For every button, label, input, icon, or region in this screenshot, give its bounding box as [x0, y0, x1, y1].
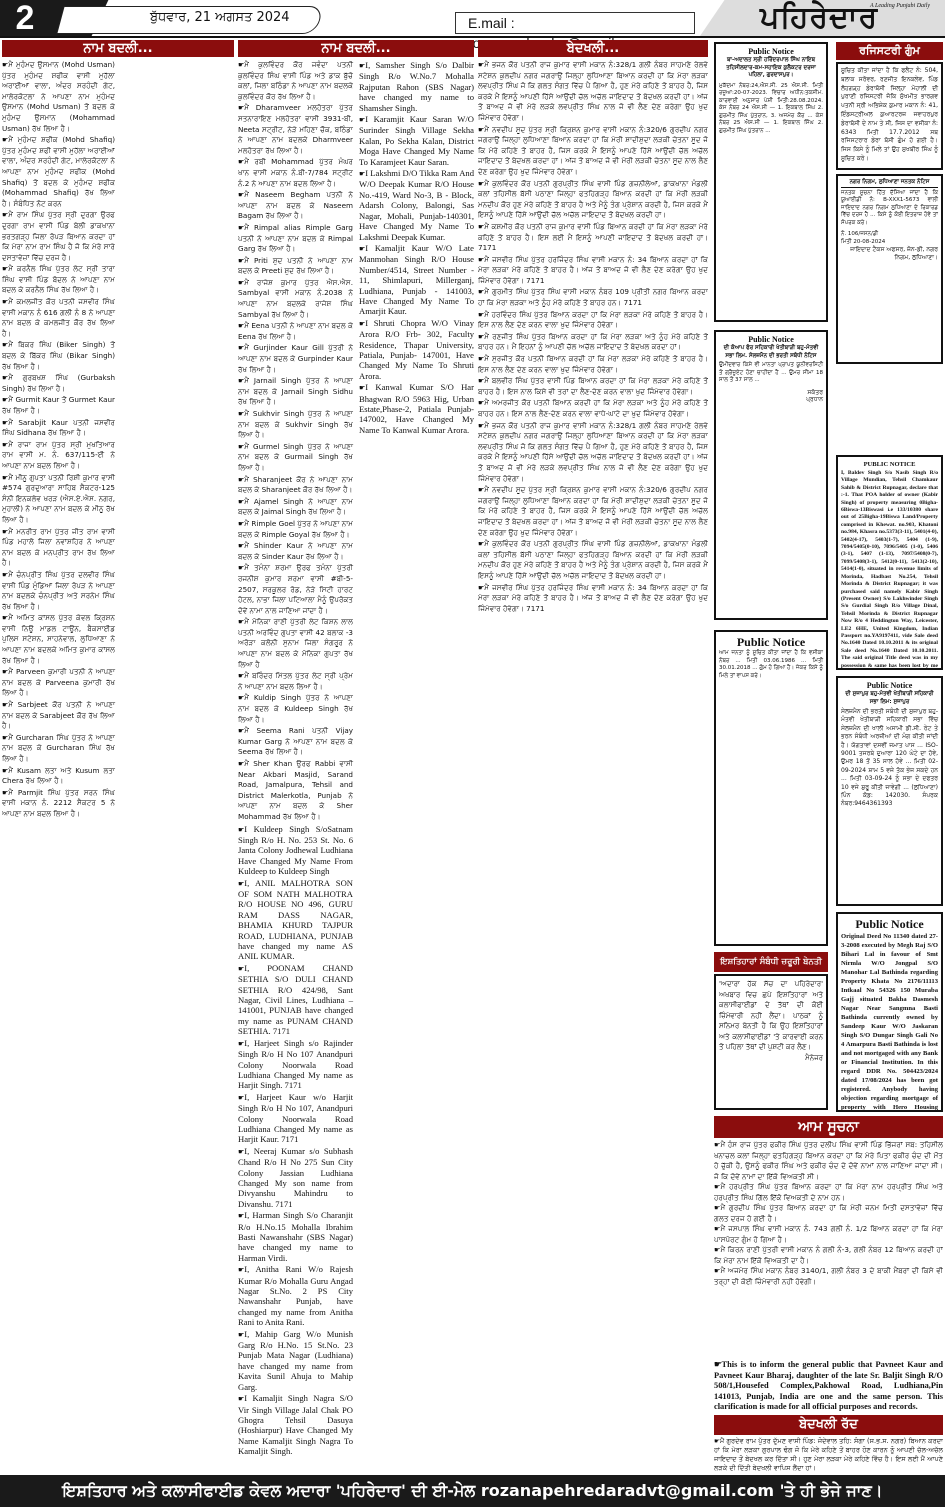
reference-number: ਨੰ. 106/ਜਸਨ/ਡੀ — [841, 231, 878, 239]
public-notice-salesman: Public Notice ਦੀ ਕੋਆਪ ਫੋਰ ਸਹਿਕਾਰੀ ਖੇਤੀਬਾ… — [714, 330, 828, 620]
list-item: ਮੈਂ ਭਜਨ ਕੌਰ ਪਤਨੀ ਰਾਜ ਕੁਮਾਰ ਵਾਸੀ ਮਕਾਨ ਨੰ:… — [478, 60, 708, 124]
registry-lost-heading: ਰਜਿਸਟਰੀ ਗੁੰਮ — [836, 42, 943, 60]
footer-banner: ਇਸ਼ਤਿਹਾਰ ਅਤੇ ਕਲਾਸੀਫਾਈਡ ਕੇਵਲ ਅਦਾਰਾ 'ਪਹਿਰੇ… — [0, 1475, 945, 1507]
municipal-notice: ਨਗਰ ਨਿਗਮ, ਲੁਧਿਆਣਾ ਜਨਤਕ ਨੋਟਿਸ ਜਨਤਕ ਸੂਚਨਾ … — [836, 174, 943, 364]
list-item: ਮੈਂ ਰਣਜੀਤ ਸਿੰਘ ਪੁੱਤਰ ਬਿਆਨ ਕਰਦਾ ਹਾਂ ਕਿ ਮੇ… — [478, 332, 708, 353]
list-item: ਮੈਂ ਅਮਰਜੀਤ ਕੌਰ ਪਤਨੀ ਬਿਆਨ ਕਰਦੀ ਹਾਂ ਕਿ ਮੇਰ… — [478, 398, 708, 419]
notice-body: ਸੇਲਜ਼ਮੈਨ ਦੀ ਭਰਤੀ ਸਬੰਧੀ ਦੀ ਸੁਜਾਪੁਰ ਬਹੁ-ਮੰ… — [841, 708, 938, 809]
list-item: ਮੈਂ Kuldip Singh ਪੁੱਤਰ ਨੇ ਆਪਣਾ ਨਾਮ ਬਦਲ ਕ… — [238, 693, 353, 725]
list-item: ਮੈਂ ਕਿਰਨ ਰਾਣੀ ਪੁੱਤਰੀ ਵਾਸੀ ਮਕਾਨ ਨੰ ਗਲੀ ਨੰ… — [714, 1245, 943, 1266]
notice-title: Public Notice — [719, 335, 823, 345]
list-item: ਮੈਂ ਗੁਰਦੀਪ ਸਿੰਘ ਪੁੱਤਰ ਬਿਆਨ ਕਰਦਾ ਹਾਂ ਕਿ ਮ… — [714, 1203, 943, 1224]
name-change-column-1: ਨਾਮ ਬਦਲੀ... ਮੈਂ ਮੁਹੰਮਦ ਉਸਮਾਨ (Mohd Usman… — [2, 40, 234, 1472]
list-item: ਮੈਂ ਜਸਵੀਰ ਸਿੰਘ ਪੁੱਤਰ ਹਰਜਿੰਦਰ ਸਿੰਘ ਵਾਸੀ ਮ… — [478, 583, 708, 615]
list-item: ਮੈਂ Parveen ਕੁਮਾਰੀ ਪਤਨੀ ਨੇ ਆਪਣਾ ਨਾਮ ਬਦਲ … — [2, 667, 115, 699]
notice-title: ਨਗਰ ਨਿਗਮ, ਲੁਧਿਆਣਾ ਜਨਤਕ ਨੋਟਿਸ — [841, 179, 938, 188]
notice-date: ਮਿਤੀ 20-08-2024 — [841, 239, 938, 247]
list-item-english: I, POONAM CHAND SETHIA S/O DULI CHAND SE… — [238, 963, 353, 1037]
notice-title: Public Notice — [841, 681, 938, 691]
list-item: ਮੈਂ ਅਜਮੇਰ ਸਿੰਘ ਮਕਾਨ ਨੰਬਰ 3140/1, ਗਲੀ ਨੰਬ… — [714, 1266, 943, 1287]
cancellation-body: ਮੈਂ ਗੁਰਦੇਵ ਰਾਮ ਪੁੱਤਰ ਦੁੱਮਣ ਵਾਸੀ ਪਿੰਡ: ਜੋ… — [714, 1437, 943, 1473]
public-notice-deed: Public Notice ਆਮ ਜਨਤਾ ਨੂੰ ਸੂਚਿਤ ਕੀਤਾ ਜਾਂ… — [714, 630, 828, 946]
list-item: ਮੈਂ Gurjinder Kaur Gill ਪੁੱਤਰੀ ਨੇ ਆਪਣਾ ਨ… — [238, 343, 353, 375]
notice-body: Original Deed No 11340 dated 27-3-2008 e… — [841, 932, 938, 1112]
list-item-english: I, Mahip Garg W/o Munish Garg R/o H.No. … — [238, 1329, 353, 1392]
list-item-english: I Lakshmi D/O Tikka Ram And W/O Deepak K… — [359, 168, 474, 242]
list-item: ਮੈਂ ਜਸਪਾਲ ਸਿੰਘ ਵਾਸੀ ਮਕਾਨ ਨੰ. 743 ਗਲੀ ਨੰ.… — [714, 1224, 943, 1245]
list-item: ਮੈਂ Rimpal alias Rimple Garg ਪਤਨੀ ਨੇ ਆਪਣ… — [238, 223, 353, 255]
list-item: ਮੈਂ ਭਜਨ ਕੌਰ ਪਤਨੀ ਰਾਜ ਕੁਮਾਰ ਵਾਸੀ ਮਕਾਨ ਨੰ:… — [478, 421, 708, 485]
list-item: ਮੈਂ Priti ਸ਼ੁਦ ਪਤਨੀ ਨੇ ਆਪਣਾ ਨਾਮ ਬਦਲ ਕੇ P… — [238, 256, 353, 277]
list-item-english: I Kuldeep Singh S/oSatnam Singh R/o H. N… — [238, 824, 353, 877]
list-item: ਮੈਂ ਹਰਵਿੰਦਰ ਸਿੰਘ ਪੁੱਤਰ ਬਿਆਨ ਕਰਦਾ ਹਾਂ ਕਿ … — [478, 310, 708, 331]
list-item-english: I, Neeraj Kumar s/o Subhash Chand R/o H … — [238, 1146, 353, 1209]
list-item: ਮੈਂ Eena ਪਤਨੀ ਨੇ ਆਪਣਾ ਨਾਮ ਬਦਲ ਕੇ Eena ਰੱ… — [238, 321, 353, 342]
list-item: ਮੈਂ ਗੁਰਮੀਤ ਸਿੰਘ ਪੁੱਤਰ ਸਿੰਘ ਵਾਸੀ ਮਕਾਨ ਨੰਬ… — [478, 287, 708, 308]
list-item: ਮੈਂ ਜਸਵੀਰ ਸਿੰਘ ਪੁੱਤਰ ਹਰਜਿੰਦਰ ਸਿੰਘ ਵਾਸੀ ਮ… — [478, 255, 708, 287]
list-item: ਮੈਂ Dharamveer ਮਲਹੋਤਰਾ ਪੁੱਤਰ ਸਤਨਾਰਾਇਣ ਮਲ… — [238, 103, 353, 156]
list-item: ਮੈਂ Sukhvir Singh ਪੁੱਤਰ ਨੇ ਆਪਣਾ ਨਾਮ ਬਦਲ … — [238, 409, 353, 441]
notice-body: I, Baldev Singh S/o Nasib Singh R/o Vill… — [841, 470, 938, 670]
list-item: ਮੈਂ Parmjit ਸਿੰਘ ਪੁੱਤਰ ਸਰਨ ਸਿੰਘ ਵਾਸੀ ਮਕਾ… — [2, 788, 115, 820]
notice-body: ਸੂਚਿਤ ਕੀਤਾ ਜਾਂਦਾ ਹੈ ਕਿ ਫਲੈਟ ਨੰ: 504, ਬਲਾ… — [841, 67, 938, 164]
cancellation-heading: ਬੇਦਖਲੀ ਰੱਦ — [714, 1415, 943, 1435]
section-heading: ਨਾਮ ਬਦਲੀ... — [238, 40, 474, 57]
issue-date: ਬੁੱਧਵਾਰ, 21 ਅਗਸਤ 2024 — [150, 10, 290, 25]
list-item: ਮੈਂ Sarabjit Kaur ਪਤਨੀ ਜਸਵੀਰ ਸਿੰਘ Sidhan… — [2, 418, 115, 439]
signatory: ਜਾਇਦਾਦ ਟੈਕਸ ਅਫਸਰ, ਜ਼ੋਨ-ਡੀ, ਨਗਰ ਨਿਗਮ, ਲੁਧ… — [841, 246, 938, 261]
list-item: ਮੈਂ ਬਰਿੰਦਰ ਮਿੱਤਲ ਪੁੱਤਰ ਲੇਟ ਸ੍ਰੀ ਪ੍ਰੇਮ ਨੇ… — [238, 671, 353, 692]
list-item: ਮੈਂ ਰਬੀ Mohammad ਪੁੱਤਰ ਮੰਘਰ ਖਾਨ ਵਾਸੀ ਮਕਾ… — [238, 157, 353, 189]
notice-title: Public Notice — [841, 917, 938, 932]
list-item: ਮੈਂ ਕੁਲਵਿੰਦਰ ਕੌਰ ਪਤਨੀ ਗੁਰਪ੍ਰੀਤ ਸਿੰਘ ਵਾਸੀ… — [478, 539, 708, 581]
list-item-english: I, Harman Singh S/o Charanjit R/o H.No.1… — [238, 1210, 353, 1263]
list-item: ਮੈਂ ਤਮੰਨਾ ਸ਼ਰਮਾ ਉਰਫ ਤਮੰਨਾ ਪੁੱਤਰੀ ਰਜਨੀਸ਼ … — [238, 563, 353, 616]
list-item: ਮੈਂ ਗੁਰਬਖਸ਼ ਸਿੰਘ (Gurbaksh Singh) ਰੱਖ ਲਿ… — [2, 373, 115, 394]
notice-title: Public Notice — [719, 47, 823, 57]
list-item-english: I Kamaljit Singh Nagra S/O Vir Singh Vil… — [238, 1393, 353, 1456]
newspaper-logo: ਪਹਿਰੇਦਾਰ — [760, 0, 878, 35]
list-item-english: I Kamaljit Kaur W/O Late Manmohan Singh … — [359, 243, 474, 317]
list-item: ਮੈਂ ਨਵਦੀਪ ਸੂਦ ਪੁੱਤਰ ਸ੍ਰੀ ਕ੍ਰਿਸ਼ਨ ਕੁਮਾਰ ਵ… — [478, 125, 708, 178]
list-item: ਮੈਂ Seema Rani ਪਤਨੀ Vijay Kumar Garg ਨੇ … — [238, 726, 353, 758]
notice-title: Public Notice — [719, 635, 823, 650]
list-item: ਮੈਂ ਕਸ਼ਮੀਰ ਕੌਰ ਪਤਨੀ ਰਾਜ ਕੁਮਾਰ ਵਾਸੀ ਪਿੰਡ … — [478, 222, 708, 254]
ad-request-heading: ਇਸ਼ਤਿਹਾਰਾਂ ਸੰਬੰਧੀ ਜ਼ਰੂਰੀ ਬੇਨਤੀ — [714, 952, 828, 972]
notice-subtitle: ਦੀ ਸੁਜਾਪੁਰ ਬਹੁ-ਮੰਤਵੀ ਖੇਤੀਬਾੜੀ ਸਹਿਕਾਰੀ ਸਭ… — [841, 691, 938, 706]
list-item: ਮੈਂ ਹੰਸ ਰਾਜ ਪੁੱਤਰ ਫਕੀਰ ਸਿੰਘ ਪੁੱਤਰ ਦਲੀਪ ਸ… — [714, 1140, 943, 1182]
list-item: ਮੈਂ Gurcharan ਸਿੰਘ ਪੁੱਤਰ ਨੇ ਆਪਣਾ ਨਾਮ ਬਦਲ… — [2, 733, 115, 765]
list-item: ਮੈਂ Gurmit Kaur ਤੋਂ Gurmet Kaur ਰੱਖ ਲਿਆ … — [2, 395, 115, 416]
list-item: ਮੈਂ ਰਾਜੇਸ਼ ਕੁਮਾਰ ਪੁੱਤਰ ਐਸ.ਐਸ. Sambyal ਵਾ… — [238, 278, 353, 320]
list-item: ਮੈਂ ਕਮਲਜੀਤ ਕੌਰ ਪਤਨੀ ਜਸਵੀਰ ਸਿੰਘ ਵਾਸੀ ਮਕਾਨ… — [2, 297, 115, 339]
list-item: ਮੈਂ Shinder Kaur ਨੇ ਆਪਣਾ ਨਾਮ ਬਦਲ ਕੇ Sind… — [238, 541, 353, 562]
public-notice-property: PUBLIC NOTICE I, Baldev Singh S/o Nasib … — [836, 455, 943, 670]
list-item: ਮੈਂ Kusam ਲਤਾ ਅਤੇ Kusum ਲਤਾ Chera ਰੱਖ ਲਿ… — [2, 766, 115, 787]
list-item: ਮੈਂ Gurmel Singh ਪੁੱਤਰ ਨੇ ਆਪਣਾ ਨਾਮ ਬਦਲ ਕ… — [238, 442, 353, 474]
signature: ਮੈਨੇਜਰ — [719, 1053, 823, 1064]
list-item: ਮੈਂ Naseem Begham ਪਤਨੀ ਨੇ ਆਪਣਾ ਨਾਮ ਬਦਲ ਕ… — [238, 190, 353, 222]
list-item-english: I Shruti Chopra W/O Vinay Arora R/O Frb-… — [359, 318, 474, 381]
signature-label: ਸਕੱਤਰ — [719, 389, 823, 397]
list-item: ਮੈਂ ਕੁਲਵਿੰਦਰ ਕੌਰ ਜਵੰਦਾ ਪਤਨੀ ਕੁਲਵਿੰਦਰ ਸਿੰ… — [238, 60, 353, 102]
list-item: ਮੈਂ Ajamel Singh ਨੇ ਆਪਣਾ ਨਾਮ ਬਦਲ ਕੇ Jaim… — [238, 497, 353, 518]
list-item: ਮੈਂ ਮੁਹੰਮਦ ਸ਼ਫੀਕ (Mohd Shafiq) ਪੁੱਤਰ ਮੁਹ… — [2, 135, 115, 209]
notice-body: ਉਮੀਦਵਾਰ ਕਿਸੇ ਵੀ ਮਾਨਤਾ ਪ੍ਰਾਪਤ ਯੂਨੀਵਰਸਿਟੀ … — [719, 362, 823, 385]
public-notice-court: Public Notice ਬਾ-ਅਦਾਲਤ ਸ੍ਰੀ ਹਰਿੰਦਰਪਾਲ ਸਿ… — [714, 42, 828, 322]
list-item: ਮੈਂ ਰਾਜਾ ਰਾਮ ਪੁੱਤਰ ਸ੍ਰੀ ਮੁਖਤਿਆਰ ਰਾਮ ਵਾਸੀ… — [2, 440, 115, 472]
list-item-english: I, Harjeet Kaur w/o Harjit Singh R/o H N… — [238, 1092, 353, 1145]
notice-body: 'ਅਦਾਰਾ ਹੱਕ ਸੱਚ ਦਾ ਪਹਿਰੇਦਾਰ' ਅਖਬਾਰ ਵਿਚ ਛਪ… — [719, 979, 823, 1053]
list-item: ਮੈਂ Sher Khan ਉਰਫ Rabbi ਵਾਸੀ Near Akbari… — [238, 759, 353, 823]
disinheritance-column: ਬੇਦਖਲੀ... ਮੈਂ ਭਜਨ ਕੌਰ ਪਤਨੀ ਰਾਜ ਕੁਮਾਰ ਵਾਸ… — [478, 40, 708, 1472]
list-item: ਮੈਂ ਮੋਨਿਕਾ ਰਾਣੀ ਪੁੱਤਰੀ ਲੇਟ ਕਿਸ਼ਨ ਲਾਲ ਪਤਨ… — [238, 617, 353, 670]
page-number: 2 — [0, 0, 50, 36]
list-item: ਮੈਂ ਹਰਪ੍ਰੀਤ ਸਿੰਘ ਪੁੱਤਰ ਬਿਆਨ ਕਰਦਾ ਹਾਂ ਕਿ … — [714, 1182, 943, 1203]
list-item: ਮੈਂ ਨਵਦੀਪ ਸੂਦ ਪੁੱਤਰ ਸ੍ਰੀ ਕ੍ਰਿਸ਼ਨ ਕੁਮਾਰ ਵ… — [478, 485, 708, 538]
list-item: ਮੈਂ ਰਾਮ ਸਿੰਘ ਪੁੱਤਰ ਸ੍ਰੀ ਦੁਰਗਾ ਉਰਫ ਦੁਰਗਾ … — [2, 210, 115, 263]
list-item-english: I, Anitha Rani W/o Rajesh Kumar R/o Moha… — [238, 1264, 353, 1327]
public-notice-lost-deed: Public Notice Original Deed No 11340 dat… — [836, 912, 943, 1112]
list-item: ਮੈਂ ਬਲਵੀਰ ਸਿੰਘ ਪੁੱਤਰ ਵਾਸੀ ਪਿੰਡ ਬਿਆਨ ਕਰਦਾ… — [478, 376, 708, 397]
list-item: ਮੈਂ Rimple Goel ਪੁੱਤਰ ਨੇ ਆਪਣਾ ਨਾਮ ਬਦਲ ਕੇ… — [238, 519, 353, 540]
list-item: ਮੈਂ ਅਮਿਤ ਕਾਂਸਲ ਪੁੱਤਰ ਕੇਵਲ ਕ੍ਰਿਸ਼ਨ ਵਾਸੀ ਨ… — [2, 613, 115, 666]
notice-title: PUBLIC NOTICE — [841, 460, 938, 470]
registry-lost-notice: ਸੂਚਿਤ ਕੀਤਾ ਜਾਂਦਾ ਹੈ ਕਿ ਫਲੈਟ ਨੰ: 504, ਬਲਾ… — [836, 62, 943, 170]
public-notice-sujapur: Public Notice ਦੀ ਸੁਜਾਪੁਰ ਬਹੁ-ਮੰਤਵੀ ਖੇਤੀਬ… — [836, 676, 943, 906]
notice-subtitle: ਦੀ ਕੋਆਪ ਫੋਰ ਸਹਿਕਾਰੀ ਖੇਤੀਬਾੜੀ ਬਹੁ-ਮੰਤਵੀ ਸ… — [719, 345, 823, 360]
tagline: A Leading Punjabi Daily — [870, 3, 930, 9]
list-item-english: I Karamjit Kaur Saran W/O Surinder Singh… — [359, 114, 474, 167]
section-heading: ਨਾਮ ਬਦਲੀ... — [2, 40, 234, 57]
list-item-english: I, Samsher Singh S/o Dalbir Singh R/o W.… — [359, 60, 474, 113]
general-notice-heading: ਆਮ ਸੂਚਨਾ — [714, 1116, 943, 1138]
notice-body: ਜਨਤਕ ਸੂਚਨਾ ਹਿੱਤ ਦੱਸਿਆ ਜਾਂਦਾ ਹੈ ਕਿ ਯੂਆਈਡੀ… — [841, 190, 938, 228]
list-item: ਮੈਂ ਮੁਹੰਮਦ ਉਸਮਾਨ (Mohd Usman) ਪੁੱਤਰ ਮੁਹੰ… — [2, 60, 115, 134]
english-clarification-notice: This is to inform the general public tha… — [714, 1360, 943, 1413]
list-item: ਮੈਂ Sharanjeet ਕੌਰ ਨੇ ਆਪਣਾ ਨਾਮ ਬਦਲ ਕੇ Sh… — [238, 475, 353, 496]
list-item: ਮੈਂ ਮੀਨੂ ਗੁਪਤਾ ਪਤਨੀ ਰਿਸ਼ੀ ਕੁਮਾਰ ਵਾਸੀ #57… — [2, 473, 115, 526]
section-heading: ਬੇਦਖਲੀ... — [478, 40, 708, 57]
notice-body: ਮੁਕੱਦਮਾ ਨੰਬਰ:24,ਐਸ.ਸੀ. 25 ਐਸ.ਸੀ. ਮਿਤੀ ਰਜ… — [719, 83, 823, 136]
list-item: ਮੈਂ ਮਨਰੀਤ ਰਾਮ ਪੁੱਤਰ ਜੀਤ ਰਾਮ ਵਾਸੀ ਪਿੰਡ ਮਹ… — [2, 527, 115, 569]
email-link[interactable]: E.mail : rozanapehredar@gmail.com — [455, 12, 695, 34]
ad-request-notice: 'ਅਦਾਰਾ ਹੱਕ ਸੱਚ ਦਾ ਪਹਿਰੇਦਾਰ' ਅਖਬਾਰ ਵਿਚ ਛਪ… — [714, 974, 828, 1110]
name-change-column-2: ਨਾਮ ਬਦਲੀ... ਮੈਂ ਕੁਲਵਿੰਦਰ ਕੌਰ ਜਵੰਦਾ ਪਤਨੀ … — [238, 40, 474, 1472]
notice-subtitle: ਬਾ-ਅਦਾਲਤ ਸ੍ਰੀ ਹਰਿੰਦਰਪਾਲ ਸਿੰਘ ਨਾਇਬ ਤਹਿਸੀਲ… — [719, 57, 823, 80]
list-item: ਮੈਂ ਬਿਕਰ ਸਿੰਘ (Biker Singh) ਤੋਂ ਬਦਲ ਕੇ ਬ… — [2, 340, 115, 372]
masthead: 2 ਬੁੱਧਵਾਰ, 21 ਅਗਸਤ 2024 E.mail : rozanap… — [0, 0, 945, 38]
masthead-divider — [0, 36, 945, 38]
list-item-english: I, ANIL MALHOTRA SON OF SOM NATH MALHOTR… — [238, 878, 353, 962]
list-item: ਮੈਂ ਕਰਨੈਲ ਸਿੰਘ ਪੁੱਤਰ ਲੇਟ ਸ੍ਰੀ ਤਾਰਾ ਸਿੰਘ … — [2, 264, 115, 296]
list-item: ਮੈਂ ਕੁਲਵਿੰਦਰ ਕੌਰ ਪਤਨੀ ਗੁਰਪ੍ਰੀਤ ਸਿੰਘ ਵਾਸੀ… — [478, 179, 708, 221]
list-item-english: I Kanwal Kumar S/O Har Bhagwan R/O 5963 … — [359, 382, 474, 435]
list-item-english: I, Harjeet Singh s/o Rajinder Singh R/o … — [238, 1038, 353, 1091]
list-item: ਮੈਂ ਸੁਰਜੀਤ ਕੌਰ ਪਤਨੀ ਬਿਆਨ ਕਰਦੀ ਹਾਂ ਕਿ ਮੇਰ… — [478, 354, 708, 375]
list-item: ਮੈਂ ਚੰਨਪ੍ਰੀਤ ਸਿੰਘ ਪੁੱਤਰ ਦਲਵੀਰ ਸਿੰਘ ਵਾਸੀ … — [2, 570, 115, 612]
list-item: ਮੈਂ Jarnail Singh ਪੁੱਤਰ ਨੇ ਆਪਣਾ ਨਾਮ ਬਦਲ … — [238, 376, 353, 408]
signature-name: ਪ੍ਰਧਾਨ — [719, 396, 823, 404]
list-item: ਮੈਂ Sarbjeet ਕੌਰ ਪਤਨੀ ਨੇ ਆਪਣਾ ਨਾਮ ਬਦਲ ਕੇ… — [2, 700, 115, 732]
notice-body: ਆਮ ਜਨਤਾ ਨੂੰ ਸੂਚਿਤ ਕੀਤਾ ਜਾਂਦਾ ਹੈ ਕਿ ਵਸੀਕਾ… — [719, 650, 823, 680]
